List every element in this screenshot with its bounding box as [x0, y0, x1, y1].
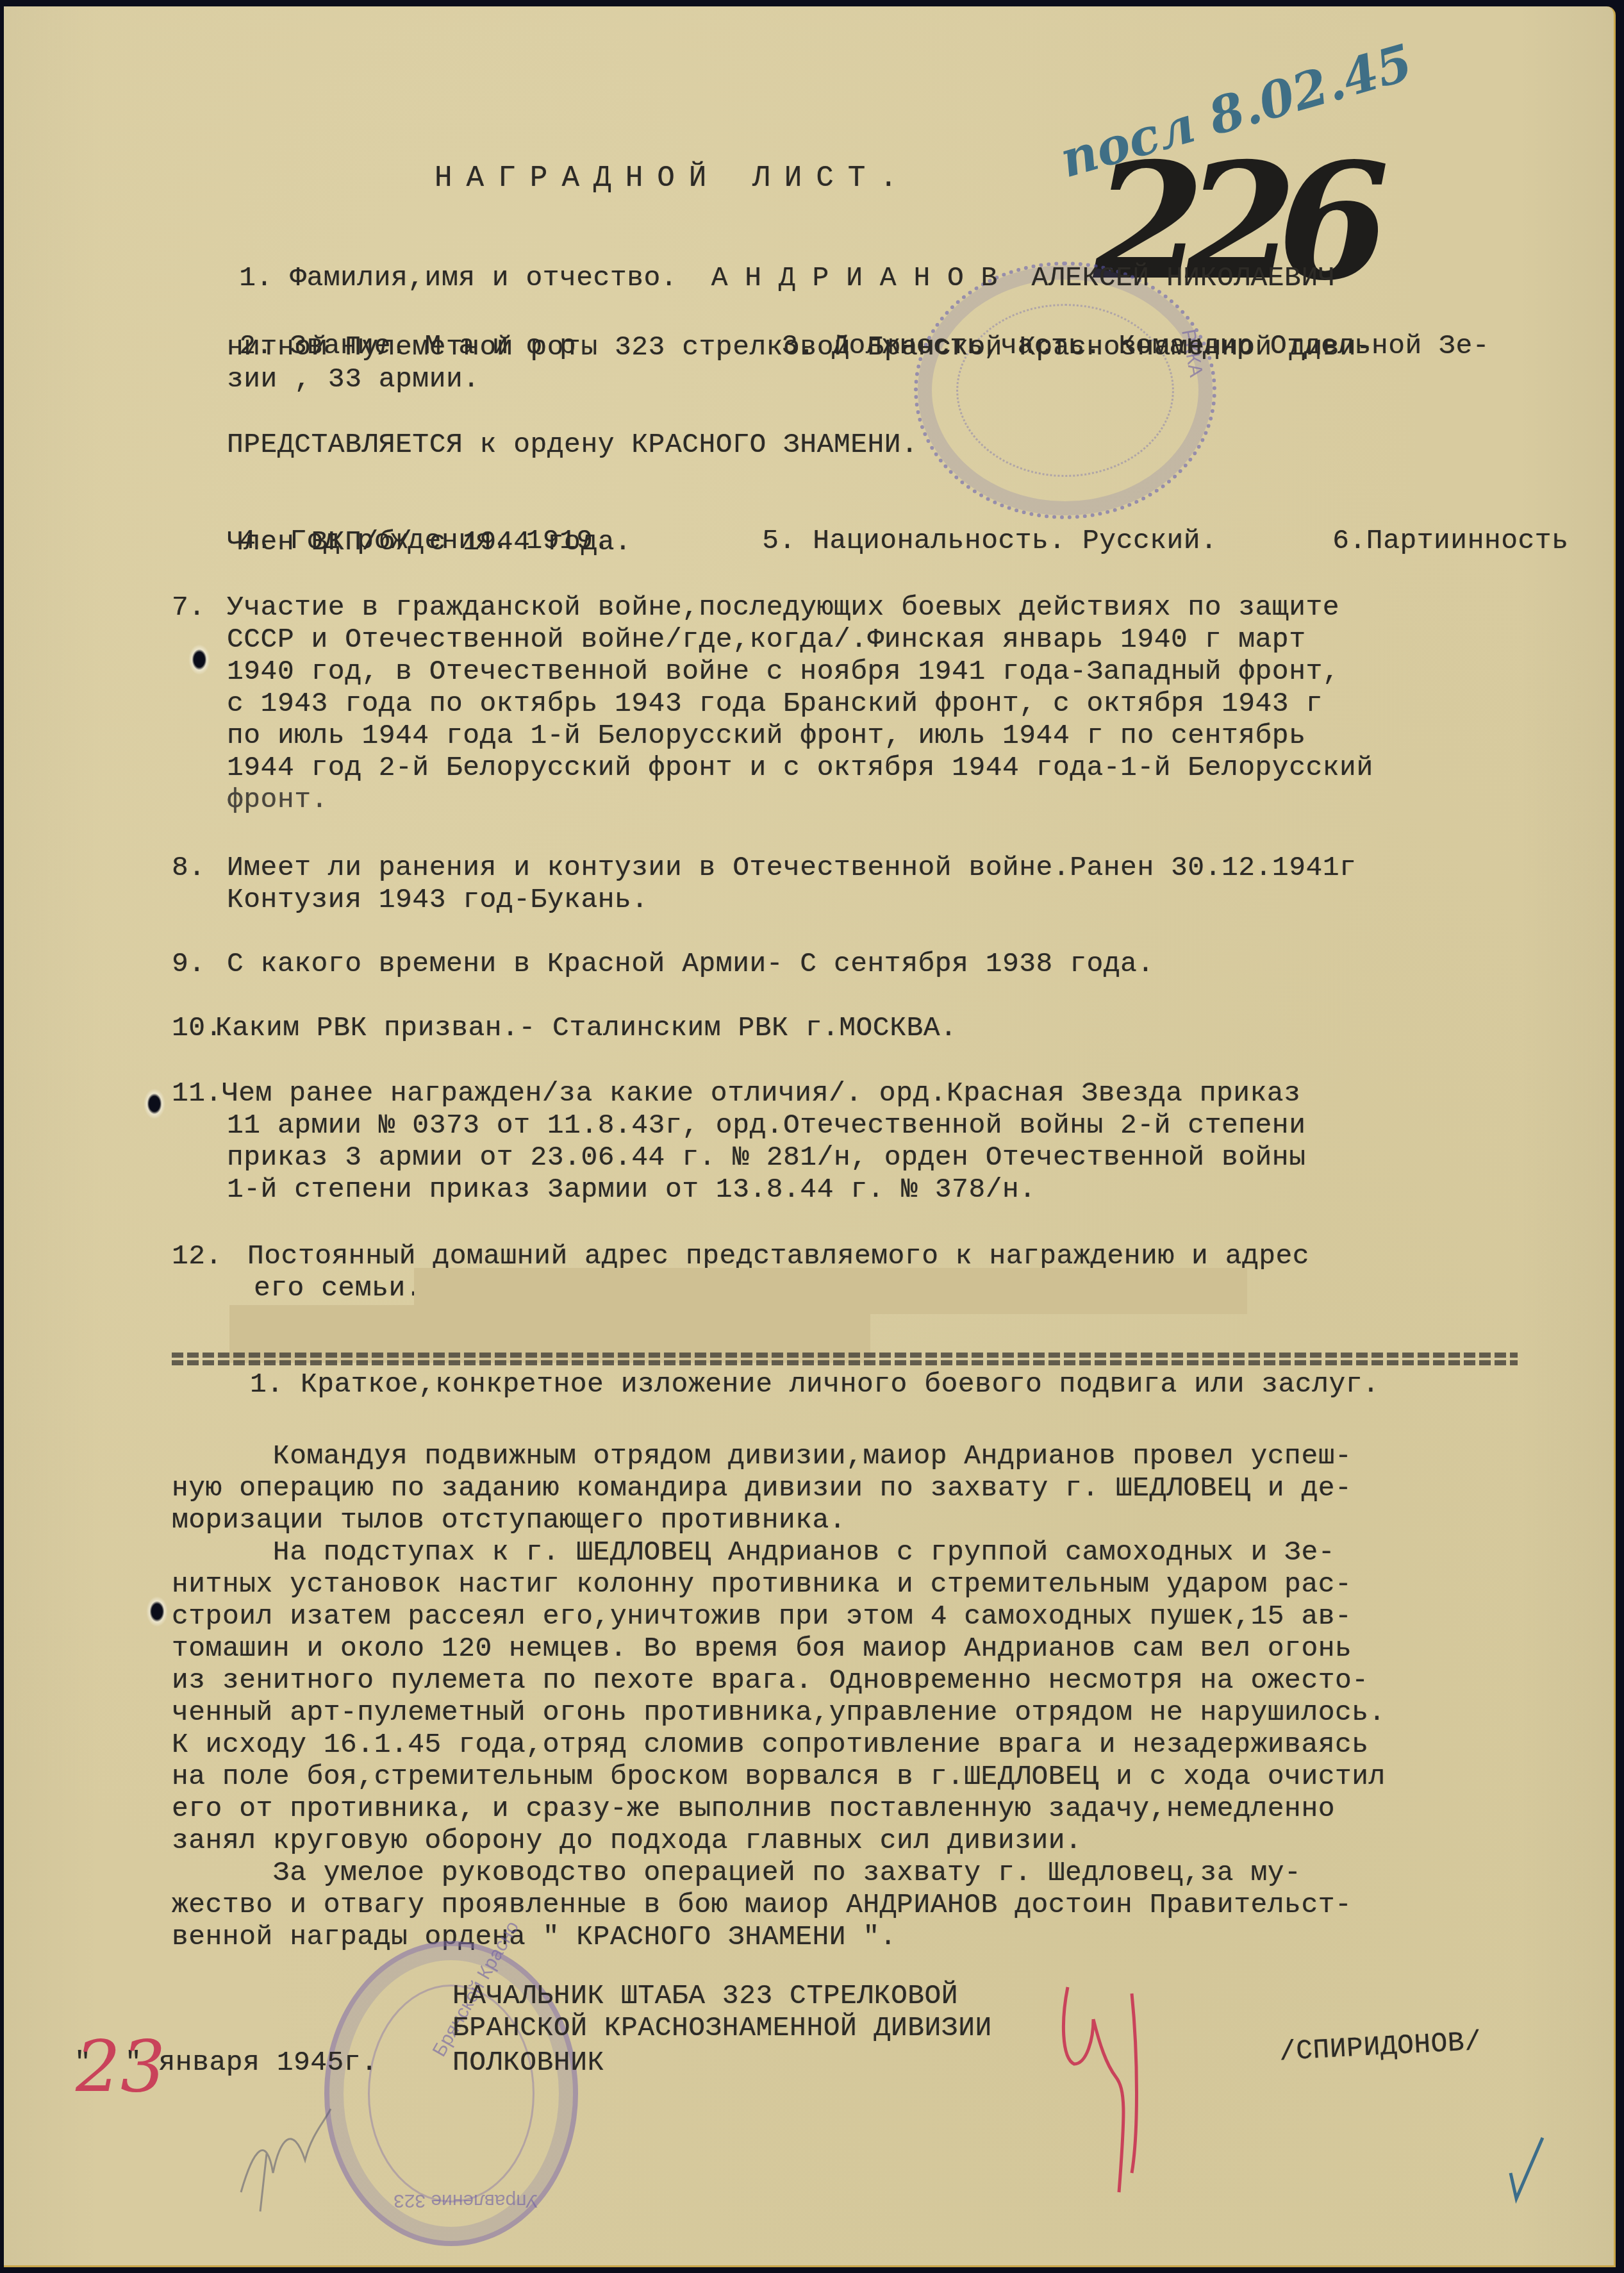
item-7-line: 1944 год 2-й Белорусский фронт и с октяб… — [227, 753, 1373, 783]
stamp-text: Управление 323 — [394, 2190, 538, 2211]
item-12-line: его семьи. — [254, 1273, 422, 1304]
narrative-line: на поле боя,стремительным броском ворвал… — [172, 1761, 1386, 1792]
item-7-number: 7. — [172, 592, 206, 623]
signatory-title-line2: БРАНСКОЙ КРАСНОЗНАМЕННОЙ ДИВИЗИИ — [452, 2013, 992, 2044]
punch-hole — [146, 1596, 168, 1627]
pencil-annotation-icon — [235, 2096, 337, 2224]
award-presentation: ПРЕДСТАВЛЯЕТСЯ к ордену КРАСНОГО ЗНАМЕНИ… — [227, 429, 918, 460]
punch-hole — [188, 644, 210, 675]
narrative-line: его от противника, и сразу-же выполнив п… — [172, 1794, 1335, 1824]
item-number: 6. — [1332, 525, 1366, 556]
narrative-line: ную операцию по заданию командира дивизи… — [172, 1473, 1352, 1504]
narrative-line: занял круговую оборону до подхода главны… — [172, 1826, 1082, 1856]
section-separator — [172, 1353, 1518, 1358]
item-7-line: Участие в гражданской войне,последующих … — [227, 592, 1339, 623]
document-title: НАГРАДНОЙ ЛИСТ. — [435, 163, 911, 194]
checkmark-icon — [1507, 2135, 1546, 2205]
narrative-line: томашин и около 120 немцев. Во время боя… — [172, 1633, 1352, 1664]
narrative-line: строил изатем рассеял его,уничтожив при … — [172, 1601, 1352, 1632]
item-9-line: С какого времени в Красной Армии- С сент… — [227, 949, 1154, 979]
section-separator — [172, 1360, 1518, 1365]
narrative-line: За умелое руководство операцией по захва… — [172, 1858, 1301, 1888]
item-6-party: 6.Партиинность — [1265, 495, 1568, 587]
item-number: 1. — [239, 262, 273, 294]
item-8-number: 8. — [172, 853, 206, 883]
item-7-line: с 1943 года по октябрь 1943 года Брански… — [227, 688, 1323, 719]
signatory-rank: ПОЛКОВНИК — [452, 2047, 604, 2078]
item-8-line: Контузия 1943 год-Букань. — [227, 885, 649, 915]
field-value: А Н Д Р И А Н О В АЛЕКСЕЙ НИКОЛАЕВИЧ — [711, 262, 1335, 294]
item-11-line: 11 армии № 0373 от 11.8.43г, орд.Отечест… — [227, 1110, 1305, 1141]
punch-hole — [144, 1088, 165, 1119]
signatory-title-line1: НАЧАЛЬНИК ШТАБА 323 СТРЕЛКОВОЙ — [452, 1981, 958, 2011]
item-3-position-line2: нитной Пулеметной роты 323 стрелковой Бр… — [227, 332, 1373, 363]
handwritten-date-day: 23 — [76, 2026, 165, 2108]
narrative-line: Командуя подвижным отрядом дивизии,маиор… — [172, 1441, 1352, 1472]
section-heading-feat: 1. Краткое,конкретное изложение личного … — [250, 1369, 1379, 1400]
item-7-line: фронт. — [227, 785, 328, 815]
narrative-line: ченный арт-пулеметный огонь противника,у… — [172, 1697, 1386, 1728]
narrative-line: На подступах к г. ШЕДЛОВЕЦ Андрианов с г… — [172, 1537, 1335, 1568]
item-7-line: 1940 год, в Отечественной войне с ноября… — [227, 656, 1339, 687]
item-8-line: Имеет ли ранения и контузии в Отечествен… — [227, 853, 1356, 883]
signatory-name: /СПИРИДОНОВ/ — [1279, 2027, 1482, 2068]
narrative-line: из зенитного пулемета по пехоте врага. О… — [172, 1665, 1369, 1696]
narrative-line: нитных установок настиг колонну противни… — [172, 1569, 1352, 1600]
item-6-party-value: Член ВКП/б/ с 1944 года. — [227, 527, 631, 558]
narrative-line: венной награды ордена " КРАСНОГО ЗНАМЕНИ… — [172, 1922, 897, 1952]
field-value: Русский. — [1082, 525, 1217, 556]
item-3-position-line3: зии , 33 армии. — [227, 364, 480, 395]
field-label: Фамилия,имя и отчество. — [290, 262, 677, 294]
narrative-line: К исходу 16.1.45 года,отряд сломив сопро… — [172, 1729, 1369, 1760]
award-sheet-page: посл 8.02.45 226 РККА НАГРАДНОЙ ЛИСТ. 1.… — [4, 6, 1616, 2267]
item-7-line: СССР и Отечественной войне/где,когда/.Фи… — [227, 624, 1305, 655]
item-7-line: по июль 1944 года 1-й Белорусский фронт,… — [227, 720, 1305, 751]
field-label: Партиинность — [1366, 525, 1569, 556]
field-label: Национальность. — [813, 525, 1066, 556]
item-10-line: Каким РВК призван.- Сталинским РВК г.МОС… — [215, 1013, 957, 1044]
item-12-number: 12. — [172, 1241, 222, 1272]
item-11-line: приказ 3 армии от 23.06.44 г. № 281/н, о… — [227, 1142, 1305, 1173]
item-9-number: 9. — [172, 949, 206, 979]
item-11-line: 1-й степени приказ 3армии от 13.8.44 г. … — [227, 1174, 1036, 1205]
item-11-number: 11. — [172, 1078, 222, 1109]
item-12-line: Постоянный домашний адрес представляемог… — [247, 1241, 1309, 1272]
signature-red-icon — [1055, 1981, 1157, 2199]
narrative-line: жество и отвагу проявленные в бою маиор … — [172, 1890, 1352, 1920]
item-5-nationality: 5. Национальность. Русский. — [695, 495, 1217, 587]
narrative-line: моризации тылов отступающего противника. — [172, 1505, 846, 1536]
item-11-line: Чем ранее награжден/за какие отличия/. о… — [222, 1078, 1300, 1109]
item-number: 5. — [762, 525, 796, 556]
